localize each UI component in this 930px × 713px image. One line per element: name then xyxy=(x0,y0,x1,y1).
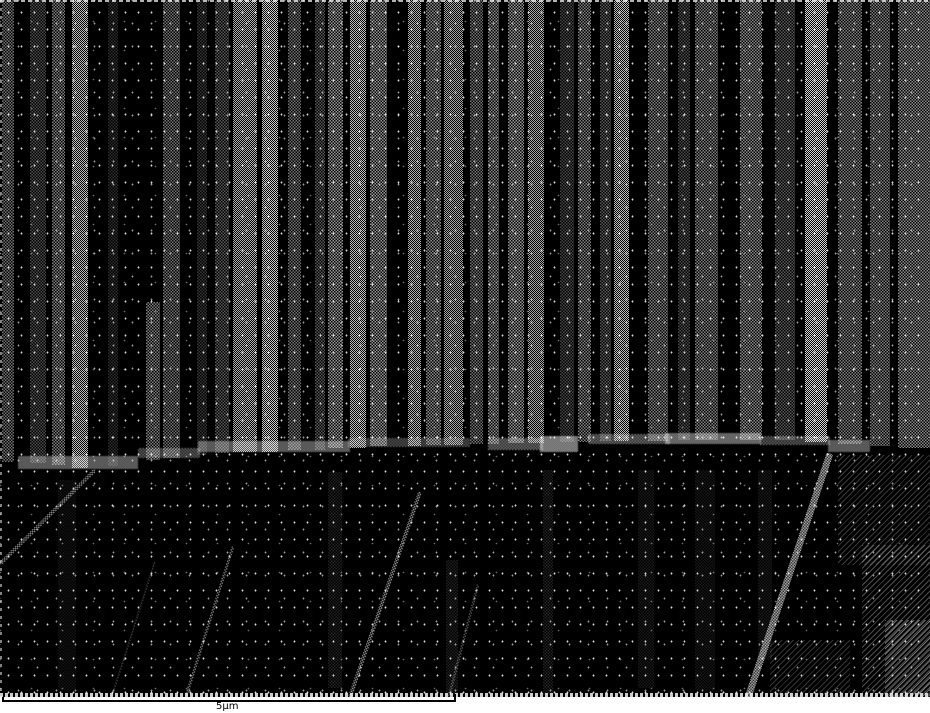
scale-bar-right-tick xyxy=(454,694,456,702)
scale-bar: 5μm xyxy=(0,0,930,713)
scale-bar-label: 5μm xyxy=(216,701,238,712)
scale-bar-left-tick xyxy=(2,697,4,702)
sem-screenshot: 5μm xyxy=(0,0,930,713)
